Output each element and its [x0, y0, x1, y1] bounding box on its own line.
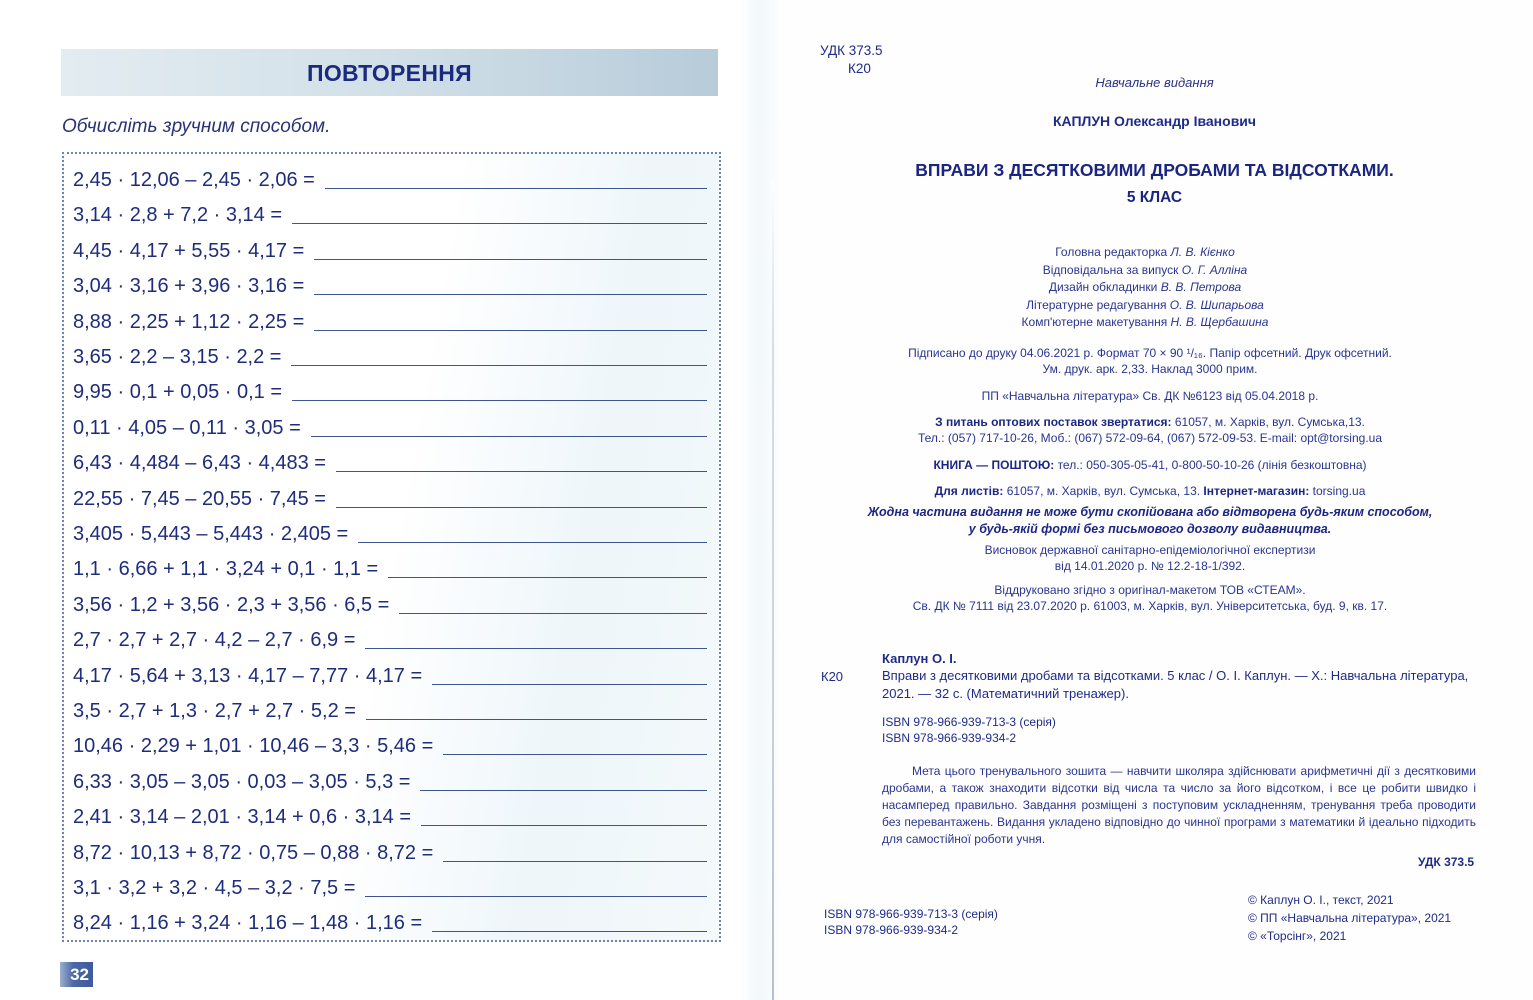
- isbn-series-footer: ISBN 978-966-939-713-3 (серія): [824, 906, 998, 922]
- exercise-row: 1,1 · 6,66 + 1,1 · 3,24 + 0,1 · 1,1 =: [64, 551, 719, 581]
- book-title: ВПРАВИ З ДЕСЯТКОВИМИ ДРОБАМИ ТА ВІДСОТКА…: [776, 160, 1533, 181]
- exercise-row: 3,65 · 2,2 – 3,15 · 2,2 =: [64, 339, 719, 369]
- biblio-code: К20: [821, 669, 843, 684]
- exercise-expression: 6,43 · 4,484 – 6,43 · 4,483 =: [64, 451, 326, 475]
- copy-notice-line-2: у будь-якій формі без письмового дозволу…: [830, 521, 1470, 538]
- udk-code: УДК 373.5: [820, 42, 883, 60]
- exercise-expression: 3,56 · 1,2 + 3,56 · 2,3 + 3,56 · 6,5 =: [64, 593, 389, 617]
- exercise-expression: 0,11 · 4,05 – 0,11 · 3,05 =: [64, 416, 301, 440]
- exercise-row: 8,88 · 2,25 + 1,12 · 2,25 =: [64, 304, 719, 334]
- exercise-expression: 8,88 · 2,25 + 1,12 · 2,25 =: [64, 310, 304, 334]
- copy-notice-line-1: Жодна частина видання не може бути скопі…: [830, 504, 1470, 521]
- exercise-expression: 3,405 · 5,443 – 5,443 · 2,405 =: [64, 522, 348, 546]
- credit-name: В. В. Петрова: [1161, 280, 1241, 294]
- exercise-expression: 2,45 · 12,06 – 2,45 · 2,06 =: [64, 168, 315, 192]
- author-full-name: КАПЛУН Олександр Іванович: [776, 113, 1533, 129]
- copy-notice: Жодна частина видання не може бути скопі…: [830, 504, 1470, 538]
- exercise-row: 0,11 · 4,05 – 0,11 · 3,05 =: [64, 410, 719, 440]
- answer-line[interactable]: [336, 471, 707, 472]
- credit-line: Головна редакторка Л. В. Кієнко: [900, 244, 1390, 262]
- exercise-row: 2,45 · 12,06 – 2,45 · 2,06 =: [64, 162, 719, 192]
- print-info-line-1: Підписано до друку 04.06.2021 р. Формат …: [840, 345, 1460, 361]
- exercise-expression: 8,24 · 1,16 + 3,24 · 1,16 – 1,48 · 1,16 …: [64, 911, 422, 935]
- answer-line[interactable]: [399, 613, 707, 614]
- answer-line[interactable]: [365, 896, 707, 897]
- exercise-row: 3,14 · 2,8 + 7,2 · 3,14 =: [64, 197, 719, 227]
- exercise-expression: 3,65 · 2,2 – 3,15 · 2,2 =: [64, 345, 281, 369]
- letters-label: Для листів:: [935, 484, 1004, 498]
- exercise-row: 6,33 · 3,05 – 3,05 · 0,03 – 3,05 · 5,3 =: [64, 764, 719, 794]
- letters-address: 61057, м. Харків, вул. Сумська, 13.: [1003, 484, 1203, 498]
- edition-type: Навчальне видання: [776, 75, 1533, 90]
- book-spread: ПОВТОРЕННЯ Обчисліть зручним способом. 2…: [0, 0, 1533, 1000]
- credit-name: О. В. Шипарьова: [1170, 298, 1264, 312]
- copyright-block: © Каплун О. І., текст, 2021 © ПП «Навчал…: [1248, 891, 1451, 945]
- exercise-row: 4,17 · 5,64 + 3,13 · 4,17 – 7,77 · 4,17 …: [64, 658, 719, 688]
- answer-line[interactable]: [325, 188, 707, 189]
- print-info: Підписано до друку 04.06.2021 р. Формат …: [840, 345, 1460, 377]
- printer-info: Віддруковано згідно з оригінал-макетом Т…: [840, 582, 1460, 614]
- answer-line[interactable]: [365, 648, 707, 649]
- credit-line: Відповідальна за випуск О. Г. Алліна: [900, 262, 1390, 280]
- exercise-row: 10,46 · 2,29 + 1,01 · 10,46 – 3,3 · 5,46…: [64, 728, 719, 758]
- mail-order: КНИГА — ПОШТОЮ: тел.: 050-305-05-41, 0-8…: [840, 457, 1460, 473]
- mail-order-phones: тел.: 050-305-05-41, 0-800-50-10-26 (лін…: [1054, 458, 1366, 472]
- exercise-expression: 3,5 · 2,7 + 1,3 · 2,7 + 2,7 · 5,2 =: [64, 699, 356, 723]
- credit-line: Дизайн обкладинки В. В. Петрова: [900, 279, 1390, 297]
- answer-line[interactable]: [432, 931, 707, 932]
- answer-line[interactable]: [311, 436, 707, 437]
- answer-line[interactable]: [420, 790, 707, 791]
- exercise-expression: 8,72 · 10,13 + 8,72 · 0,75 – 0,88 · 8,72…: [64, 841, 433, 865]
- gutter-shadow: [740, 0, 780, 1000]
- credit-line: Літературне редагування О. В. Шипарьова: [900, 297, 1390, 315]
- exercise-expression: 4,17 · 5,64 + 3,13 · 4,17 – 7,77 · 4,17 …: [64, 664, 422, 688]
- exercise-row: 4,45 · 4,17 + 5,55 · 4,17 =: [64, 233, 719, 263]
- shop-label: Інтернет-магазин:: [1203, 484, 1309, 498]
- phones-line: Тел.: (057) 717-10-26, Моб.: (067) 572-0…: [840, 430, 1460, 446]
- credit-name: Н. В. Щербашина: [1171, 315, 1269, 329]
- credit-name: О. Г. Алліна: [1182, 263, 1247, 277]
- exercise-row: 3,04 · 3,16 + 3,96 · 3,16 =: [64, 268, 719, 298]
- answer-line[interactable]: [366, 719, 707, 720]
- isbn-footer-line: ISBN 978-966-939-934-2: [824, 922, 998, 938]
- exercise-expression: 3,14 · 2,8 + 7,2 · 3,14 =: [64, 203, 282, 227]
- exercise-row: 3,1 · 3,2 + 3,2 · 4,5 – 3,2 · 7,5 =: [64, 870, 719, 900]
- copyright-line: © ПП «Навчальна література», 2021: [1248, 909, 1451, 927]
- gutter-fold: [772, 180, 774, 1000]
- sanitary-conclusion: Висновок державної санітарно-епідеміолог…: [840, 542, 1460, 574]
- exercise-row: 8,24 · 1,16 + 3,24 · 1,16 – 1,48 · 1,16 …: [64, 905, 719, 935]
- credit-line: Комп'ютерне макетування Н. В. Щербашина: [900, 314, 1390, 332]
- exercise-expression: 10,46 · 2,29 + 1,01 · 10,46 – 3,3 · 5,46…: [64, 734, 433, 758]
- wholesale-contacts: З питань оптових поставок звертатися: 61…: [840, 414, 1460, 446]
- credit-role: Відповідальна за випуск: [1043, 263, 1179, 277]
- sanitary-line-2: від 14.01.2020 р. № 12.2-18-1/392.: [840, 558, 1460, 574]
- section-title-band: ПОВТОРЕННЯ: [61, 49, 718, 96]
- exercise-expression: 3,1 · 3,2 + 3,2 · 4,5 – 3,2 · 7,5 =: [64, 876, 355, 900]
- wholesale-address: 61057, м. Харків, вул. Сумська,13.: [1172, 415, 1365, 429]
- abstract-text: Мета цього тренувального зошита — навчит…: [882, 763, 1476, 848]
- answer-line[interactable]: [336, 507, 707, 508]
- isbn: ISBN 978-966-939-934-2: [882, 730, 1056, 746]
- exercise-instruction: Обчисліть зручним способом.: [62, 116, 330, 138]
- answer-line[interactable]: [388, 577, 707, 578]
- exercise-expression: 22,55 · 7,45 – 20,55 · 7,45 =: [64, 487, 326, 511]
- answer-line[interactable]: [358, 542, 707, 543]
- exercise-expression: 6,33 · 3,05 – 3,05 · 0,03 – 3,05 · 5,3 =: [64, 770, 410, 794]
- udk-bottom: УДК 373.5: [1418, 855, 1474, 869]
- biblio-isbn-block: ISBN 978-966-939-713-3 (серія) ISBN 978-…: [882, 714, 1056, 746]
- udk-classification: УДК 373.5 К20: [820, 42, 883, 78]
- exercise-box: 2,45 · 12,06 – 2,45 · 2,06 =3,14 · 2,8 +…: [62, 152, 721, 942]
- sanitary-line-1: Висновок державної санітарно-епідеміолог…: [840, 542, 1460, 558]
- exercise-row: 3,405 · 5,443 – 5,443 · 2,405 =: [64, 516, 719, 546]
- answer-line[interactable]: [314, 259, 707, 260]
- shop-url: torsing.ua: [1309, 484, 1365, 498]
- answer-line[interactable]: [292, 223, 707, 224]
- answer-line[interactable]: [291, 365, 707, 366]
- exercise-expression: 3,04 · 3,16 + 3,96 · 3,16 =: [64, 274, 304, 298]
- exercise-expression: 9,95 · 0,1 + 0,05 · 0,1 =: [64, 380, 282, 404]
- answer-line[interactable]: [314, 330, 707, 331]
- exercise-row: 22,55 · 7,45 – 20,55 · 7,45 =: [64, 481, 719, 511]
- exercise-row: 9,95 · 0,1 + 0,05 · 0,1 =: [64, 374, 719, 404]
- biblio-description: Вправи з десятковими дробами та відсотка…: [882, 667, 1482, 703]
- print-info-line-2: Ум. друк. арк. 2,33. Наклад 3000 прим.: [840, 361, 1460, 377]
- answer-line[interactable]: [443, 861, 707, 862]
- credits-list: Головна редакторка Л. В. Кієнко Відповід…: [900, 244, 1390, 332]
- letters-and-shop: Для листів: 61057, м. Харків, вул. Сумсь…: [840, 483, 1460, 499]
- wholesale-label: З питань оптових поставок звертатися:: [935, 415, 1171, 429]
- copyright-line: © Каплун О. І., текст, 2021: [1248, 891, 1451, 909]
- right-page: [776, 0, 1533, 1000]
- answer-line[interactable]: [432, 684, 707, 685]
- credit-role: Літературне редагування: [1026, 298, 1166, 312]
- exercise-expression: 2,41 · 3,14 – 2,01 · 3,14 + 0,6 · 3,14 =: [64, 805, 411, 829]
- publisher-license: ПП «Навчальна література» Св. ДК №6123 в…: [840, 388, 1460, 404]
- exercise-expression: 1,1 · 6,66 + 1,1 · 3,24 + 0,1 · 1,1 =: [64, 557, 378, 581]
- credit-role: Головна редакторка: [1055, 245, 1167, 259]
- page-number: 32: [60, 962, 93, 987]
- exercise-expression: 4,45 · 4,17 + 5,55 · 4,17 =: [64, 239, 304, 263]
- exercise-expression: 2,7 · 2,7 + 2,7 · 4,2 – 2,7 · 6,9 =: [64, 628, 355, 652]
- credit-name: Л. В. Кієнко: [1171, 245, 1235, 259]
- exercise-row: 8,72 · 10,13 + 8,72 · 0,75 – 0,88 · 8,72…: [64, 835, 719, 865]
- answer-line[interactable]: [292, 400, 707, 401]
- copyright-line: © «Торсінг», 2021: [1248, 927, 1451, 945]
- section-title: ПОВТОРЕННЯ: [61, 60, 718, 87]
- exercise-row: 3,56 · 1,2 + 3,56 · 2,3 + 3,56 · 6,5 =: [64, 587, 719, 617]
- mail-order-label: КНИГА — ПОШТОЮ:: [933, 458, 1054, 472]
- isbn-series: ISBN 978-966-939-713-3 (серія): [882, 714, 1056, 730]
- exercise-row: 6,43 · 4,484 – 6,43 · 4,483 =: [64, 445, 719, 475]
- credit-role: Комп'ютерне макетування: [1022, 315, 1168, 329]
- abstract: Мета цього тренувального зошита — навчит…: [882, 763, 1476, 848]
- exercise-row: 3,5 · 2,7 + 1,3 · 2,7 + 2,7 · 5,2 =: [64, 693, 719, 723]
- exercise-row: 2,41 · 3,14 – 2,01 · 3,14 + 0,6 · 3,14 =: [64, 799, 719, 829]
- answer-line[interactable]: [314, 294, 707, 295]
- biblio-author: Каплун О. І.: [882, 651, 957, 666]
- book-grade: 5 КЛАС: [776, 189, 1533, 207]
- answer-line[interactable]: [443, 754, 707, 755]
- printer-line-1: Віддруковано згідно з оригінал-макетом Т…: [840, 582, 1460, 598]
- exercise-row: 2,7 · 2,7 + 2,7 · 4,2 – 2,7 · 6,9 =: [64, 622, 719, 652]
- credit-role: Дизайн обкладинки: [1049, 280, 1158, 294]
- wholesale-line: З питань оптових поставок звертатися: 61…: [840, 414, 1460, 430]
- printer-line-2: Св. ДК № 7111 від 23.07.2020 р. 61003, м…: [840, 598, 1460, 614]
- isbn-footer: ISBN 978-966-939-713-3 (серія) ISBN 978-…: [824, 906, 998, 938]
- answer-line[interactable]: [421, 825, 707, 826]
